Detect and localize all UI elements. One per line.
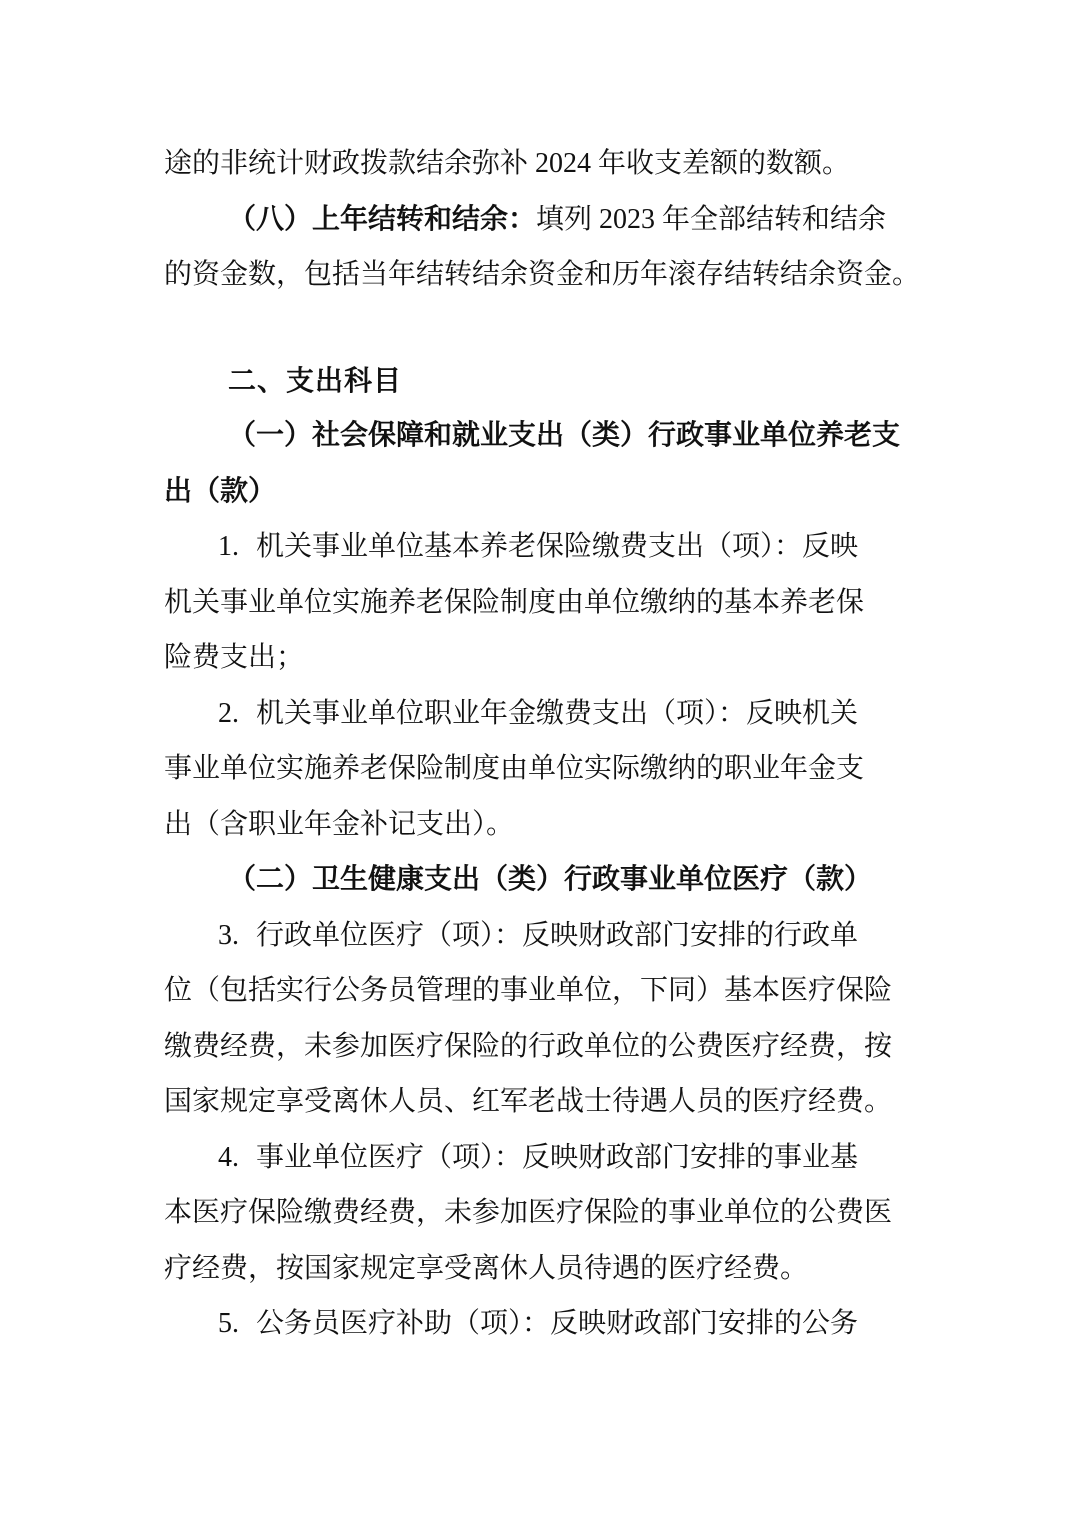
list-item-3-line-3: 缴费经费，未参加医疗保险的行政单位的公费医疗经费，按	[164, 1019, 939, 1075]
subheading-social-security-line-1: （一）社会保障和就业支出（类）行政事业单位养老支	[164, 408, 939, 464]
item-2-number: 2.	[218, 698, 239, 729]
list-item-3-line-4: 国家规定享受离休人员、红军老战士待遇人员的医疗经费。	[164, 1074, 939, 1130]
list-item-1-line-3: 险费支出；	[164, 630, 939, 686]
list-item-2-line-3: 出（含职业年金补记支出）。	[164, 797, 939, 853]
item-4-text: 事业单位医疗（项）：反映财政部门安排的事业基	[256, 1142, 858, 1173]
text-block: 途的非统计财政拨款结余弥补 2024 年收支差额的数额。 （八）上年结转和结余：…	[164, 136, 939, 1352]
list-item-4-line-3: 疗经费，按国家规定享受离休人员待遇的医疗经费。	[164, 1241, 939, 1297]
para-carryover-line-2: 的资金数，包括当年结转结余资金和历年滚存结转结余资金。	[164, 247, 939, 303]
subheading-social-security-line-2: 出（款）	[164, 464, 939, 520]
list-item-1-line-2: 机关事业单位实施养老保险制度由单位缴纳的基本养老保	[164, 575, 939, 631]
para-carryover-line-1: （八）上年结转和结余：填列 2023 年全部结转和结余	[164, 192, 939, 248]
list-item-3-line-1: 3.行政单位医疗（项）：反映财政部门安排的行政单	[164, 908, 939, 964]
para-carryover-bold-lead: （八）上年结转和结余：	[228, 204, 536, 235]
item-3-text: 行政单位医疗（项）：反映财政部门安排的行政单	[256, 920, 858, 951]
list-item-5-line-1: 5.公务员医疗补助（项）：反映财政部门安排的公务	[164, 1296, 939, 1352]
item-2-text: 机关事业单位职业年金缴费支出（项）：反映机关	[256, 698, 858, 729]
item-5-number: 5.	[218, 1308, 239, 1339]
list-item-2-line-2: 事业单位实施养老保险制度由单位实际缴纳的职业年金支	[164, 741, 939, 797]
item-5-text: 公务员医疗补助（项）：反映财政部门安排的公务	[256, 1308, 858, 1339]
list-item-4-line-1: 4.事业单位医疗（项）：反映财政部门安排的事业基	[164, 1130, 939, 1186]
list-item-3-line-2: 位（包括实行公务员管理的事业单位，下同）基本医疗保险	[164, 963, 939, 1019]
list-item-4-line-2: 本医疗保险缴费经费，未参加医疗保险的事业单位的公费医	[164, 1185, 939, 1241]
para-carryover-lead-text: 填列 2023 年全部结转和结余	[536, 204, 886, 235]
item-4-number: 4.	[218, 1142, 239, 1173]
subheading-health: （二）卫生健康支出（类）行政事业单位医疗（款）	[164, 852, 939, 908]
section-heading-expenditure-subjects: 二、支出科目	[164, 353, 939, 409]
list-item-1-line-1: 1.机关事业单位基本养老保险缴费支出（项）：反映	[164, 519, 939, 575]
para-deficit-line-2: 途的非统计财政拨款结余弥补 2024 年收支差额的数额。	[164, 136, 939, 192]
item-3-number: 3.	[218, 920, 239, 951]
item-1-text: 机关事业单位基本养老保险缴费支出（项）：反映	[256, 531, 858, 562]
list-item-2-line-1: 2.机关事业单位职业年金缴费支出（项）：反映机关	[164, 686, 939, 742]
item-1-number: 1.	[218, 531, 239, 562]
document-page: 途的非统计财政拨款结余弥补 2024 年收支差额的数额。 （八）上年结转和结余：…	[0, 0, 1074, 1520]
